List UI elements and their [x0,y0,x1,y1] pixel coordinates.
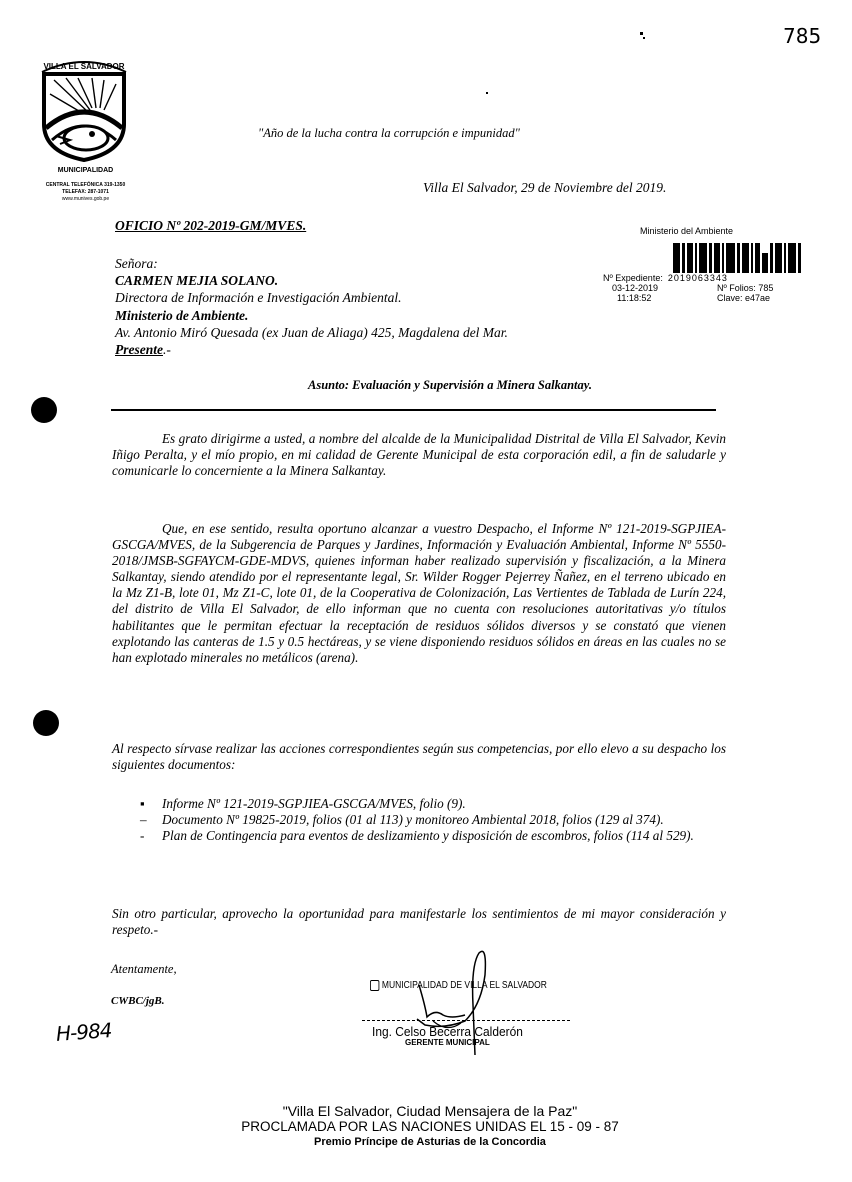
addressee-institution: Ministerio de Ambiente. [115,307,508,324]
document-item-text: Informe Nº 121-2019-SGPJIEA-GSCGA/MVES, … [162,796,466,811]
addressee-address: Av. Antonio Miró Quesada (ex Juan de Ali… [115,324,508,341]
addressee-name: CARMEN MEJIA SOLANO. [115,272,508,289]
expediente-value: 2019063343 [668,273,728,283]
scan-speck [640,32,643,35]
barcode-icon [673,243,801,273]
document-item: –Documento Nº 19825-2019, folios (01 al … [140,812,726,828]
stamp-institution: Ministerio del Ambiente [640,226,733,237]
salutation: Señora: [115,255,508,272]
seal-icon [370,980,379,991]
bullet-icon: ▪ [140,796,145,812]
presente-line: Presente.- [115,341,508,358]
signature-stamp-text: MUNICIPALIDAD DE VILLA EL SALVADOR [382,980,547,991]
dash-icon: - [140,828,144,844]
logo-text-top: VILLA EL SALVADOR [43,62,124,71]
oficio-reference: OFICIO Nº 202-2019-GM/MVES. [115,218,306,234]
punch-hole [33,710,59,736]
paragraph-2-text: Que, en ese sentido, resulta oportuno al… [112,521,726,665]
letterhead-web: www.munives.gob.pe [28,196,143,202]
clave-label: Clave: [717,293,743,303]
page-footer: "Villa El Salvador, Ciudad Mensajera de … [160,1103,700,1149]
stamp-expediente: Nº Expediente: 2019063343 [603,273,728,284]
document-item: -Plan de Contingencia para eventos de de… [140,828,726,844]
subject-line: Asunto: Evaluación y Supervisión a Miner… [308,378,592,393]
dash-icon: – [140,812,147,828]
stamp-date: 03-12-2019 [612,283,658,294]
handwritten-note: H-984 [55,1018,112,1046]
footer-line-1: "Villa El Salvador, Ciudad Mensajera de … [160,1103,700,1119]
date-line: Villa El Salvador, 29 de Noviembre del 2… [423,180,666,196]
scan-speck [643,37,645,39]
body-paragraph-1: Es grato dirigirme a usted, a nombre del… [112,431,726,479]
subject-divider [111,409,716,411]
signatory-name: Ing. Celso Becerra Calderón [372,1024,523,1039]
signature-line [362,1020,570,1021]
clave-value: e47ae [745,293,770,303]
body-paragraph-2: Que, en ese sentido, resulta oportuno al… [112,521,726,666]
typist-initials: CWBC/jgB. [111,995,165,1007]
footer-line-3: Premio Príncipe de Asturias de la Concor… [160,1135,700,1149]
letterhead-phone-1: CENTRAL TELEFÓNICA 319-1350 [28,182,143,188]
logo-text-bottom: MUNICIPALIDAD [28,168,143,174]
body-paragraph-4: Sin otro particular, aprovecho la oportu… [112,906,726,938]
punch-hole [31,397,57,423]
paragraph-1-text: Es grato dirigirme a usted, a nombre del… [112,431,726,478]
document-item-text: Plan de Contingencia para eventos de des… [162,828,694,843]
body-paragraph-3: Al respecto sírvase realizar las accione… [112,741,726,773]
document-item-text: Documento Nº 19825-2019, folios (01 al 1… [162,812,664,827]
addressee-block: Señora: CARMEN MEJIA SOLANO. Directora d… [115,255,508,358]
presente-word: Presente [115,342,163,357]
year-motto: "Año de la lucha contra la corrupción e … [258,126,520,141]
closing-salutation: Atentamente, [111,962,177,977]
document-item: ▪Informe Nº 121-2019-SGPJIEA-GSCGA/MVES,… [140,796,726,812]
stamp-time: 11:18:52 [617,293,651,304]
stamp-folios: Nº Folios: 785 [717,283,773,294]
folios-label: Nº Folios: [717,283,756,293]
expediente-label: Nº Expediente: [603,273,663,283]
signatory-role: GERENTE MUNICIPAL [405,1038,490,1047]
footer-line-2: PROCLAMADA POR LAS NACIONES UNIDAS EL 15… [160,1119,700,1135]
folios-value: 785 [758,283,773,293]
documents-list: ▪Informe Nº 121-2019-SGPJIEA-GSCGA/MVES,… [140,796,726,844]
addressee-position: Directora de Información e Investigación… [115,289,508,306]
municipal-crest-logo: VILLA EL SALVADOR [30,52,138,172]
page-number: 785 [783,24,821,48]
presente-suffix: .- [163,342,171,357]
letterhead-phone-2: TELEFAX: 287-1071 [28,189,143,195]
scan-speck [486,92,488,94]
stamp-clave: Clave: e47ae [717,293,770,304]
signature-stamp: MUNICIPALIDAD DE VILLA EL SALVADOR [370,980,547,991]
